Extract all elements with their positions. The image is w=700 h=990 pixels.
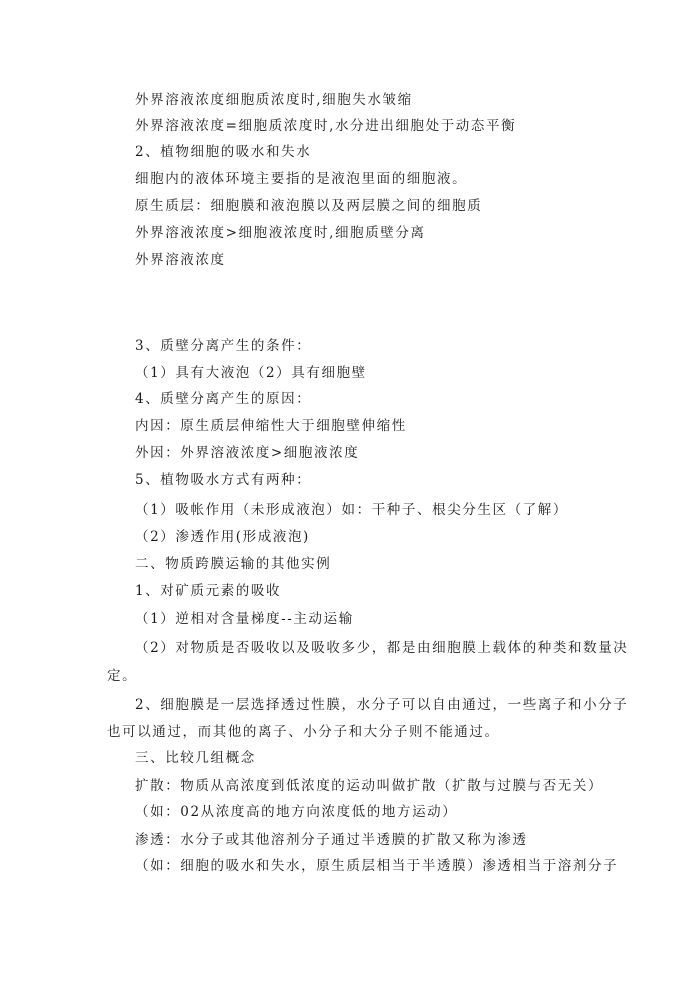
document-page: 外界溶液浓度细胞质浓度时,细胞失水皱缩外界溶液浓度=细胞质浓度时,水分进出细胞处… <box>0 0 700 990</box>
text-line: 内因：原生质层伸缩性大于细胞壁伸缩性 <box>107 417 627 435</box>
text-line: （1）逆相对含量梯度--主动运输 <box>107 610 627 628</box>
text-line: （1）吸帐作用（未形成液泡）如：干种子、根尖分生区（了解） <box>107 501 627 519</box>
text-line: 渗透：水分子或其他溶剂分子通过半透膜的扩散又称为渗透 <box>107 831 627 849</box>
text-line: 原生质层：细胞膜和液泡膜以及两层膜之间的细胞质 <box>107 197 627 215</box>
text-line: 外因：外界溶液浓度>细胞液浓度 <box>107 444 627 462</box>
text-line: 2、细胞膜是一层选择透过性膜，水分子可以自由通过，一些离子和小分子 <box>107 696 627 714</box>
text-line: 3、质壁分离产生的条件： <box>107 337 627 355</box>
text-line: （如：细胞的吸水和失水，原生质层相当于半透膜）渗透相当于溶剂分子 <box>107 857 627 875</box>
text-line: 5、植物吸水方式有两种： <box>107 471 627 489</box>
text-line: 定。 <box>107 667 599 685</box>
text-line: 2、植物细胞的吸水和失水 <box>107 143 627 161</box>
text-line: 二、物质跨膜运输的其他实例 <box>107 555 627 573</box>
text-line: （如：02从浓度高的地方向浓度低的地方运动） <box>107 803 627 821</box>
text-line: （1）具有大液泡（2）具有细胞壁 <box>107 364 627 382</box>
text-line: 外界溶液浓度>细胞液浓度时,细胞质壁分离 <box>107 224 627 242</box>
text-line: （2）对物质是否吸收以及吸收多少，都是由细胞膜上载体的种类和数量决 <box>107 639 627 657</box>
text-line: 外界溶液浓度 <box>107 251 627 269</box>
text-line: 扩散：物质从高浓度到低浓度的运动叫做扩散（扩散与过膜与否无关） <box>107 777 627 795</box>
text-line: 外界溶液浓度细胞质浓度时,细胞失水皱缩 <box>107 91 627 109</box>
text-line: 1、对矿质元素的吸收 <box>107 582 627 600</box>
text-line: 三、比较几组概念 <box>107 749 627 767</box>
text-line: 细胞内的液体环境主要指的是液泡里面的细胞液。 <box>107 170 627 188</box>
text-line: 外界溶液浓度=细胞质浓度时,水分进出细胞处于动态平衡 <box>107 117 627 135</box>
text-line: （2）渗透作用(形成液泡) <box>107 528 627 546</box>
text-line: 也可以通过，而其他的离子、小分子和大分子则不能通过。 <box>107 723 599 741</box>
text-line: 4、质壁分离产生的原因： <box>107 390 627 408</box>
